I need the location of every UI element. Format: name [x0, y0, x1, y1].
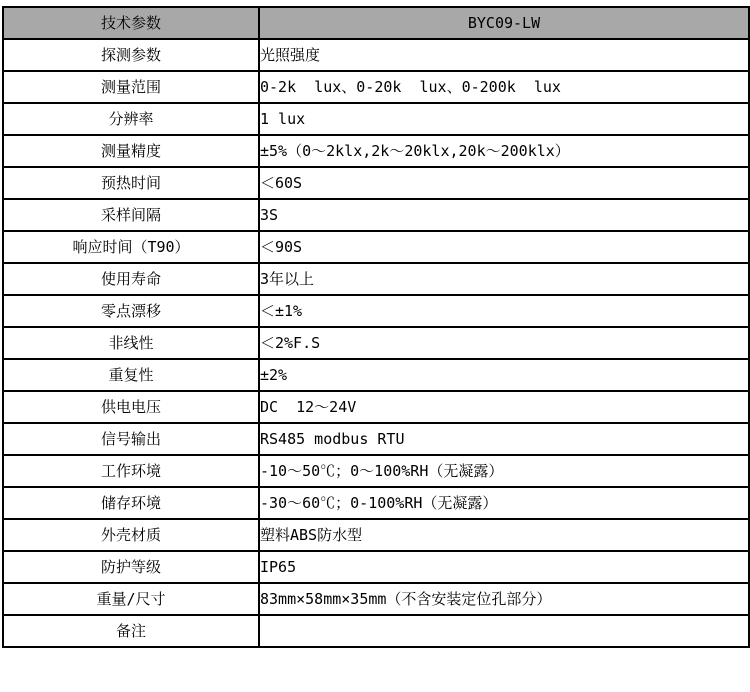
param-label: 重复性 [3, 359, 259, 391]
param-label: 工作环境 [3, 455, 259, 487]
param-label: 预热时间 [3, 167, 259, 199]
param-label: 备注 [3, 615, 259, 647]
param-value: -30～60℃；0-100%RH（无凝露） [259, 487, 749, 519]
param-label: 使用寿命 [3, 263, 259, 295]
param-label: 响应时间（T90） [3, 231, 259, 263]
param-value: 1 lux [259, 103, 749, 135]
param-value: 83mm×58mm×35mm（不含安装定位孔部分） [259, 583, 749, 615]
param-value: 塑料ABS防水型 [259, 519, 749, 551]
param-value: ＜90S [259, 231, 749, 263]
param-value: 0-2k lux、0-20k lux、0-200k lux [259, 71, 749, 103]
param-label: 分辨率 [3, 103, 259, 135]
table-row: 非线性＜2%F.S [3, 327, 749, 359]
param-value: ±5%（0～2klx,2k～20klx,20k～200klx） [259, 135, 749, 167]
param-label: 储存环境 [3, 487, 259, 519]
spec-table-header-row: 技术参数 BYC09-LW [3, 7, 749, 39]
spec-table-body: 探测参数光照强度测量范围0-2k lux、0-20k lux、0-200k lu… [3, 39, 749, 647]
param-label: 采样间隔 [3, 199, 259, 231]
param-label: 非线性 [3, 327, 259, 359]
param-label: 测量范围 [3, 71, 259, 103]
table-row: 预热时间＜60S [3, 167, 749, 199]
table-row: 采样间隔3S [3, 199, 749, 231]
table-row: 外壳材质塑料ABS防水型 [3, 519, 749, 551]
table-row: 测量精度±5%（0～2klx,2k～20klx,20k～200klx） [3, 135, 749, 167]
param-label: 测量精度 [3, 135, 259, 167]
spec-table: 技术参数 BYC09-LW 探测参数光照强度测量范围0-2k lux、0-20k… [2, 6, 750, 648]
table-row: 响应时间（T90）＜90S [3, 231, 749, 263]
table-row: 防护等级IP65 [3, 551, 749, 583]
param-value: ＜2%F.S [259, 327, 749, 359]
param-value: ＜±1% [259, 295, 749, 327]
table-row: 使用寿命3年以上 [3, 263, 749, 295]
param-value [259, 615, 749, 647]
header-model-column: BYC09-LW [259, 7, 749, 39]
table-row: 分辨率1 lux [3, 103, 749, 135]
param-value: 光照强度 [259, 39, 749, 71]
table-row: 信号输出RS485 modbus RTU [3, 423, 749, 455]
table-row: 重复性±2% [3, 359, 749, 391]
param-label: 探测参数 [3, 39, 259, 71]
table-row: 探测参数光照强度 [3, 39, 749, 71]
header-param-column: 技术参数 [3, 7, 259, 39]
param-label: 供电电压 [3, 391, 259, 423]
param-value: 3S [259, 199, 749, 231]
param-value: ＜60S [259, 167, 749, 199]
param-label: 防护等级 [3, 551, 259, 583]
param-value: -10～50℃；0～100%RH（无凝露） [259, 455, 749, 487]
table-row: 重量/尺寸83mm×58mm×35mm（不含安装定位孔部分） [3, 583, 749, 615]
param-value: 3年以上 [259, 263, 749, 295]
param-value: ±2% [259, 359, 749, 391]
table-row: 工作环境-10～50℃；0～100%RH（无凝露） [3, 455, 749, 487]
table-row: 零点漂移＜±1% [3, 295, 749, 327]
table-row: 测量范围0-2k lux、0-20k lux、0-200k lux [3, 71, 749, 103]
param-label: 外壳材质 [3, 519, 259, 551]
param-value: IP65 [259, 551, 749, 583]
param-value: DC 12～24V [259, 391, 749, 423]
param-label: 重量/尺寸 [3, 583, 259, 615]
table-row: 备注 [3, 615, 749, 647]
param-label: 零点漂移 [3, 295, 259, 327]
table-row: 供电电压DC 12～24V [3, 391, 749, 423]
param-value: RS485 modbus RTU [259, 423, 749, 455]
table-row: 储存环境-30～60℃；0-100%RH（无凝露） [3, 487, 749, 519]
param-label: 信号输出 [3, 423, 259, 455]
